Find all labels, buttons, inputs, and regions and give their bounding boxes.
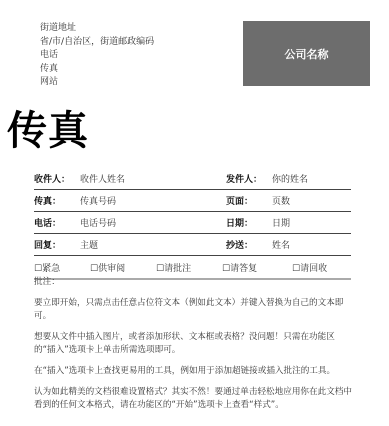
to-value[interactable]: 收件人姓名 — [80, 172, 226, 185]
to-label: 收件人： — [34, 172, 80, 185]
re-label: 回复： — [34, 238, 80, 251]
from-value[interactable]: 你的姓名 — [272, 172, 308, 185]
sender-address-block: 街道地址 省/市/自治区，街道邮政编码 电话 传真 网站 — [40, 22, 154, 90]
from-label: 发件人： — [226, 172, 272, 185]
page-title: 传真 — [7, 106, 89, 156]
date-value[interactable]: 日期 — [272, 216, 290, 229]
pages-label: 页面： — [226, 194, 272, 207]
pages-value[interactable]: 页数 — [272, 194, 290, 207]
notes-paragraph[interactable]: 要立即开始，只需点击任意占位符文本（例如此文本）并键入替换为自己的文本即可。 — [34, 297, 352, 323]
notes-paragraph[interactable]: 想要从文件中插入图片，或者添加形状、文本框或表格？没问题！只需在功能区的“插入”… — [34, 331, 352, 357]
field-row: 收件人： 收件人姓名 发件人： 你的姓名 — [34, 168, 351, 190]
re-value[interactable]: 主题 — [80, 238, 226, 251]
notes-heading: 批注： — [34, 276, 352, 289]
notes-section: 批注： 要立即开始，只需点击任意占位符文本（例如此文本）并键入替换为自己的文本即… — [34, 276, 352, 420]
phone-value[interactable]: 电话号码 — [80, 216, 226, 229]
website[interactable]: 网站 — [40, 76, 154, 90]
checkbox-urgent[interactable]: ☐紧急 — [34, 261, 90, 274]
field-row: 回复： 主题 抄送： 姓名 — [34, 234, 351, 256]
checkbox-please-comment[interactable]: ☐请批注 — [156, 261, 222, 274]
notes-paragraph[interactable]: 认为如此精美的文档很难设置格式？其实不然！要通过单击轻松地应用你在此文档中看到的… — [34, 386, 352, 412]
company-name-box[interactable]: 公司名称 — [243, 21, 370, 86]
city-postal[interactable]: 省/市/自治区，街道邮政编码 — [40, 36, 154, 50]
checkbox-please-reply[interactable]: ☐请答复 — [222, 261, 292, 274]
street-address[interactable]: 街道地址 — [40, 22, 154, 36]
cc-value[interactable]: 姓名 — [272, 238, 290, 251]
notes-paragraph[interactable]: 在“插入”选项卡上查找更易用的工具，例如用于添加超链接或插入批注的工具。 — [34, 365, 352, 378]
date-label: 日期： — [226, 216, 272, 229]
checkbox-please-recycle[interactable]: ☐请回收 — [292, 261, 327, 274]
field-row: 电话： 电话号码 日期： 日期 — [34, 212, 351, 234]
cc-label: 抄送： — [226, 238, 272, 251]
checkbox-for-review[interactable]: ☐供审阅 — [90, 261, 156, 274]
field-row: 传真： 传真号码 页面： 页数 — [34, 190, 351, 212]
phone-label: 电话： — [34, 216, 80, 229]
company-name: 公司名称 — [285, 46, 329, 62]
fax-value[interactable]: 传真号码 — [80, 194, 226, 207]
fax-label: 传真： — [34, 194, 80, 207]
phone[interactable]: 电话 — [40, 49, 154, 63]
fax[interactable]: 传真 — [40, 63, 154, 77]
fax-fields-table: 收件人： 收件人姓名 发件人： 你的姓名 传真： 传真号码 页面： 页数 电话：… — [34, 168, 351, 280]
